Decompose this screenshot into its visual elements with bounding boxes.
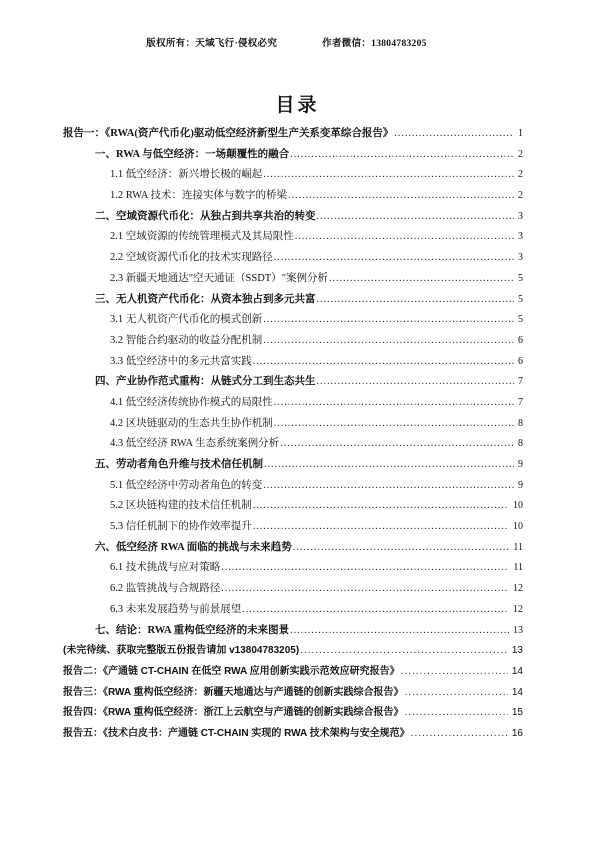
toc-entry: 报告三：《RWA 重构低空经济：新疆天地通达与产通链的创新实践综合报告》 14 xyxy=(63,683,523,704)
toc-entry: (未完待续、获取完整版五份报告请加 v13804783205) 13 xyxy=(63,641,523,662)
toc-entry-label: 报告四：《RWA 重构低空经济：浙江上云航空与产通链的创新实践综合报告》 xyxy=(63,703,404,724)
toc-entry-label: 6.2 监管挑战与合规路径 xyxy=(110,579,220,600)
toc-entry-page: 10 xyxy=(510,517,523,538)
toc-entry-label: 3.2 智能合约驱动的收益分配机制 xyxy=(110,331,262,352)
toc-entry-label: 一、RWA 与低空经济：一场颠覆性的融合 xyxy=(95,145,289,166)
toc-entry: 5.2 区块链构建的技术信任机制 10 xyxy=(63,496,523,517)
dot-leader xyxy=(329,269,514,290)
toc-entry-page: 13 xyxy=(509,641,523,662)
toc-entry-label: 报告一：《RWA(资产代币化)驱动低空经济新型生产关系变革综合报告》 xyxy=(63,124,393,145)
toc-entry-page: 12 xyxy=(510,600,523,621)
toc-entry: 4.2 区块链驱动的生态共生协作机制 8 xyxy=(63,414,523,435)
toc-title: 目录 xyxy=(0,90,595,117)
toc-entry-label: 6.1 技术挑战与应对策略 xyxy=(110,558,220,579)
toc-entry: 二、空域资源代币化：从独占到共享共治的转变 3 xyxy=(63,207,523,228)
toc-entry-page: 7 xyxy=(515,393,523,414)
toc-entry-page: 11 xyxy=(510,538,523,559)
toc-entry: 2.2 空域资源代币化的技术实现路径 3 xyxy=(63,248,523,269)
toc-entry-label: 5.3 信任机制下的协作效率提升 xyxy=(110,517,252,538)
toc-entry-page: 5 xyxy=(515,290,523,311)
toc-entry-page: 15 xyxy=(509,703,523,724)
toc-entry: 5.1 低空经济中劳动者角色的转变 9 xyxy=(63,476,523,497)
toc-entry-label: 四、产业协作范式重构：从链式分工到生态共生 xyxy=(95,372,316,393)
toc-entry: 4.1 低空经济传统协作模式的局限性 7 xyxy=(63,393,523,414)
toc-entry-label: 报告五：《技术白皮书：产通链 CT-CHAIN 实现的 RWA 技术架构与安全规… xyxy=(63,724,410,745)
dot-leader xyxy=(221,558,509,579)
dot-leader xyxy=(288,186,514,207)
toc-entry: 报告五：《技术白皮书：产通链 CT-CHAIN 实现的 RWA 技术架构与安全规… xyxy=(63,724,523,745)
toc-entry: 4.3 低空经济 RWA 生态系统案例分析 8 xyxy=(63,434,523,455)
toc-entry: 报告四：《RWA 重构低空经济：浙江上云航空与产通链的创新实践综合报告》 15 xyxy=(63,703,523,724)
toc-entry: 五、劳动者角色升维与技术信任机制 9 xyxy=(63,455,523,476)
toc-entry-page: 6 xyxy=(515,352,523,373)
toc-entry-page: 1 xyxy=(515,124,523,145)
author-wechat-text: 作者微信：13804783205 xyxy=(322,35,427,49)
toc-entry-label: 6.3 未来发展趋势与前景展望 xyxy=(110,600,241,621)
toc-entry: 6.3 未来发展趋势与前景展望 12 xyxy=(63,600,523,621)
dot-leader xyxy=(274,393,514,414)
toc-entry: 3.3 低空经济中的多元共富实践 6 xyxy=(63,352,523,373)
toc-entry-page: 8 xyxy=(515,434,523,455)
toc-entry-label: 4.2 区块链驱动的生态共生协作机制 xyxy=(110,414,273,435)
toc-entry-page: 3 xyxy=(515,248,523,269)
toc-entry-page: 11 xyxy=(510,558,523,579)
toc-entry: 1.1 低空经济：新兴增长极的崛起 2 xyxy=(63,165,523,186)
toc-entry-label: 5.1 低空经济中劳动者角色的转变 xyxy=(110,476,262,497)
toc-entry-page: 10 xyxy=(510,496,523,517)
toc-entry-label: (未完待续、获取完整版五份报告请加 v13804783205) xyxy=(63,641,299,662)
document-page: 版权所有：天域飞行·侵权必究 作者微信：13804783205 目录 报告一：《… xyxy=(0,0,595,841)
toc-entry-label: 4.3 低空经济 RWA 生态系统案例分析 xyxy=(110,434,279,455)
toc-entry: 七、结论：RWA 重构低空经济的未来图景 13 xyxy=(63,621,523,642)
toc-entry-label: 五、劳动者角色升维与技术信任机制 xyxy=(95,455,263,476)
toc-entry-label: 2.2 空域资源代币化的技术实现路径 xyxy=(110,248,273,269)
dot-leader xyxy=(274,248,514,269)
dot-leader xyxy=(253,496,509,517)
toc-entry: 四、产业协作范式重构：从链式分工到生态共生 7 xyxy=(63,372,523,393)
toc-entry-label: 5.2 区块链构建的技术信任机制 xyxy=(110,496,252,517)
dot-leader xyxy=(405,703,508,724)
toc-entry-page: 13 xyxy=(510,621,523,642)
toc-entry: 报告一：《RWA(资产代币化)驱动低空经济新型生产关系变革综合报告》 1 xyxy=(63,124,523,145)
toc-entry: 5.3 信任机制下的协作效率提升 10 xyxy=(63,517,523,538)
toc-entry: 三、无人机资产代币化：从资本独占到多元共富 5 xyxy=(63,290,523,311)
toc-entry-label: 六、低空经济 RWA 面临的挑战与未来趋势 xyxy=(95,538,292,559)
dot-leader xyxy=(295,227,514,248)
dot-leader xyxy=(264,455,514,476)
dot-leader xyxy=(300,641,508,662)
dot-leader xyxy=(411,724,508,745)
toc-entry-page: 2 xyxy=(515,186,523,207)
dot-leader xyxy=(401,662,508,683)
dot-leader xyxy=(290,621,509,642)
dot-leader xyxy=(394,124,514,145)
toc-entry-label: 2.3 新疆天地通达"空天通证（SSDT）"案例分析 xyxy=(110,269,328,290)
copyright-text: 版权所有：天域飞行·侵权必究 xyxy=(146,35,277,49)
toc-list: 报告一：《RWA(资产代币化)驱动低空经济新型生产关系变革综合报告》 1 一、R… xyxy=(63,124,523,745)
toc-entry-page: 5 xyxy=(515,269,523,290)
toc-entry-page: 12 xyxy=(510,579,523,600)
toc-entry-page: 6 xyxy=(515,331,523,352)
toc-entry-label: 报告三：《RWA 重构低空经济：新疆天地通达与产通链的创新实践综合报告》 xyxy=(63,683,404,704)
toc-entry: 报告二：《产通链 CT-CHAIN 在低空 RWA 应用创新实践示范效应研究报告… xyxy=(63,662,523,683)
page-header: 版权所有：天域飞行·侵权必究 作者微信：13804783205 xyxy=(0,35,584,49)
dot-leader xyxy=(242,600,509,621)
toc-entry-page: 14 xyxy=(509,662,523,683)
toc-entry: 3.1 无人机资产代币化的模式创新 5 xyxy=(63,310,523,331)
dot-leader xyxy=(280,434,514,455)
dot-leader xyxy=(263,331,514,352)
dot-leader xyxy=(405,683,508,704)
toc-entry: 2.3 新疆天地通达"空天通证（SSDT）"案例分析 5 xyxy=(63,269,523,290)
toc-entry-page: 3 xyxy=(515,207,523,228)
toc-entry-page: 14 xyxy=(509,683,523,704)
toc-entry-page: 2 xyxy=(515,145,523,166)
toc-entry: 六、低空经济 RWA 面临的挑战与未来趋势 11 xyxy=(63,538,523,559)
toc-entry-page: 9 xyxy=(515,476,523,497)
toc-entry-page: 8 xyxy=(515,414,523,435)
toc-entry-page: 16 xyxy=(509,724,523,745)
toc-entry: 3.2 智能合约驱动的收益分配机制 6 xyxy=(63,331,523,352)
dot-leader xyxy=(290,145,514,166)
dot-leader xyxy=(317,372,515,393)
toc-entry-label: 报告二：《产通链 CT-CHAIN 在低空 RWA 应用创新实践示范效应研究报告… xyxy=(63,662,400,683)
dot-leader xyxy=(263,476,514,497)
dot-leader xyxy=(317,290,515,311)
dot-leader xyxy=(317,207,515,228)
toc-entry: 一、RWA 与低空经济：一场颠覆性的融合 2 xyxy=(63,145,523,166)
toc-entry-page: 3 xyxy=(515,227,523,248)
toc-entry: 6.1 技术挑战与应对策略 11 xyxy=(63,558,523,579)
toc-entry-label: 1.2 RWA 技术：连接实体与数字的桥梁 xyxy=(110,186,287,207)
toc-entry-label: 七、结论：RWA 重构低空经济的未来图景 xyxy=(95,621,289,642)
dot-leader xyxy=(253,352,514,373)
dot-leader xyxy=(263,165,514,186)
toc-entry: 1.2 RWA 技术：连接实体与数字的桥梁 2 xyxy=(63,186,523,207)
toc-entry: 2.1 空域资源的传统管理模式及其局限性 3 xyxy=(63,227,523,248)
toc-entry-page: 9 xyxy=(515,455,523,476)
toc-entry-label: 二、空域资源代币化：从独占到共享共治的转变 xyxy=(95,207,316,228)
toc-entry-label: 2.1 空域资源的传统管理模式及其局限性 xyxy=(110,227,294,248)
dot-leader xyxy=(274,414,514,435)
toc-entry-page: 2 xyxy=(515,165,523,186)
toc-entry-label: 三、无人机资产代币化：从资本独占到多元共富 xyxy=(95,290,316,311)
toc-entry-page: 7 xyxy=(515,372,523,393)
dot-leader xyxy=(221,579,509,600)
toc-entry-label: 3.3 低空经济中的多元共富实践 xyxy=(110,352,252,373)
dot-leader xyxy=(253,517,509,538)
toc-entry-label: 1.1 低空经济：新兴增长极的崛起 xyxy=(110,165,262,186)
toc-entry-label: 4.1 低空经济传统协作模式的局限性 xyxy=(110,393,273,414)
toc-entry: 6.2 监管挑战与合规路径 12 xyxy=(63,579,523,600)
toc-entry-label: 3.1 无人机资产代币化的模式创新 xyxy=(110,310,262,331)
toc-entry-page: 5 xyxy=(515,310,523,331)
dot-leader xyxy=(293,538,510,559)
dot-leader xyxy=(263,310,514,331)
